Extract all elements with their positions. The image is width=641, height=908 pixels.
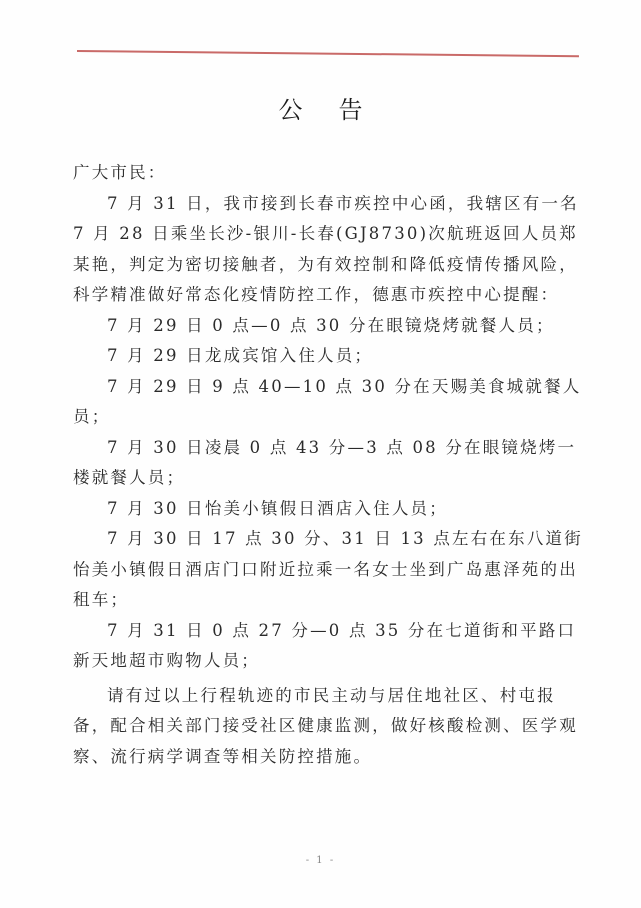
itinerary-item: 7 月 31 日 0 点 27 分—0 点 35 分在七道街和平路口新天地超市购… <box>73 616 585 677</box>
closing-paragraph: 请有过以上行程轨迹的市民主动与居住地社区、村屯报备，配合相关部门接受社区健康监测… <box>73 681 585 773</box>
intro-paragraph: 7 月 31 日，我市接到长春市疾控中心函，我辖区有一名 7 月 28 日乘坐长… <box>73 189 585 311</box>
itinerary-item: 7 月 29 日龙成宾馆入住人员； <box>73 341 585 372</box>
itinerary-item: 7 月 29 日 0 点—0 点 30 分在眼镜烧烤就餐人员； <box>73 311 585 342</box>
itinerary-item: 7 月 29 日 9 点 40—10 点 30 分在天赐美食城就餐人员； <box>73 372 585 433</box>
document-body: 广大市民： 7 月 31 日，我市接到长春市疾控中心函，我辖区有一名 7 月 2… <box>73 158 585 772</box>
itinerary-item: 7 月 30 日 17 点 30 分、31 日 13 点左右在东八道街怡美小镇假… <box>73 524 585 616</box>
page-number: - 1 - <box>0 855 641 866</box>
document-page: 公告 广大市民： 7 月 31 日，我市接到长春市疾控中心函，我辖区有一名 7 … <box>0 0 641 908</box>
itinerary-item: 7 月 30 日怡美小镇假日酒店入住人员； <box>73 494 585 525</box>
itinerary-item: 7 月 30 日凌晨 0 点 43 分—3 点 08 分在眼镜烧烤一楼就餐人员； <box>73 433 585 494</box>
header-red-rule <box>77 50 579 57</box>
document-title: 公告 <box>0 90 641 125</box>
salutation: 广大市民： <box>73 158 585 189</box>
